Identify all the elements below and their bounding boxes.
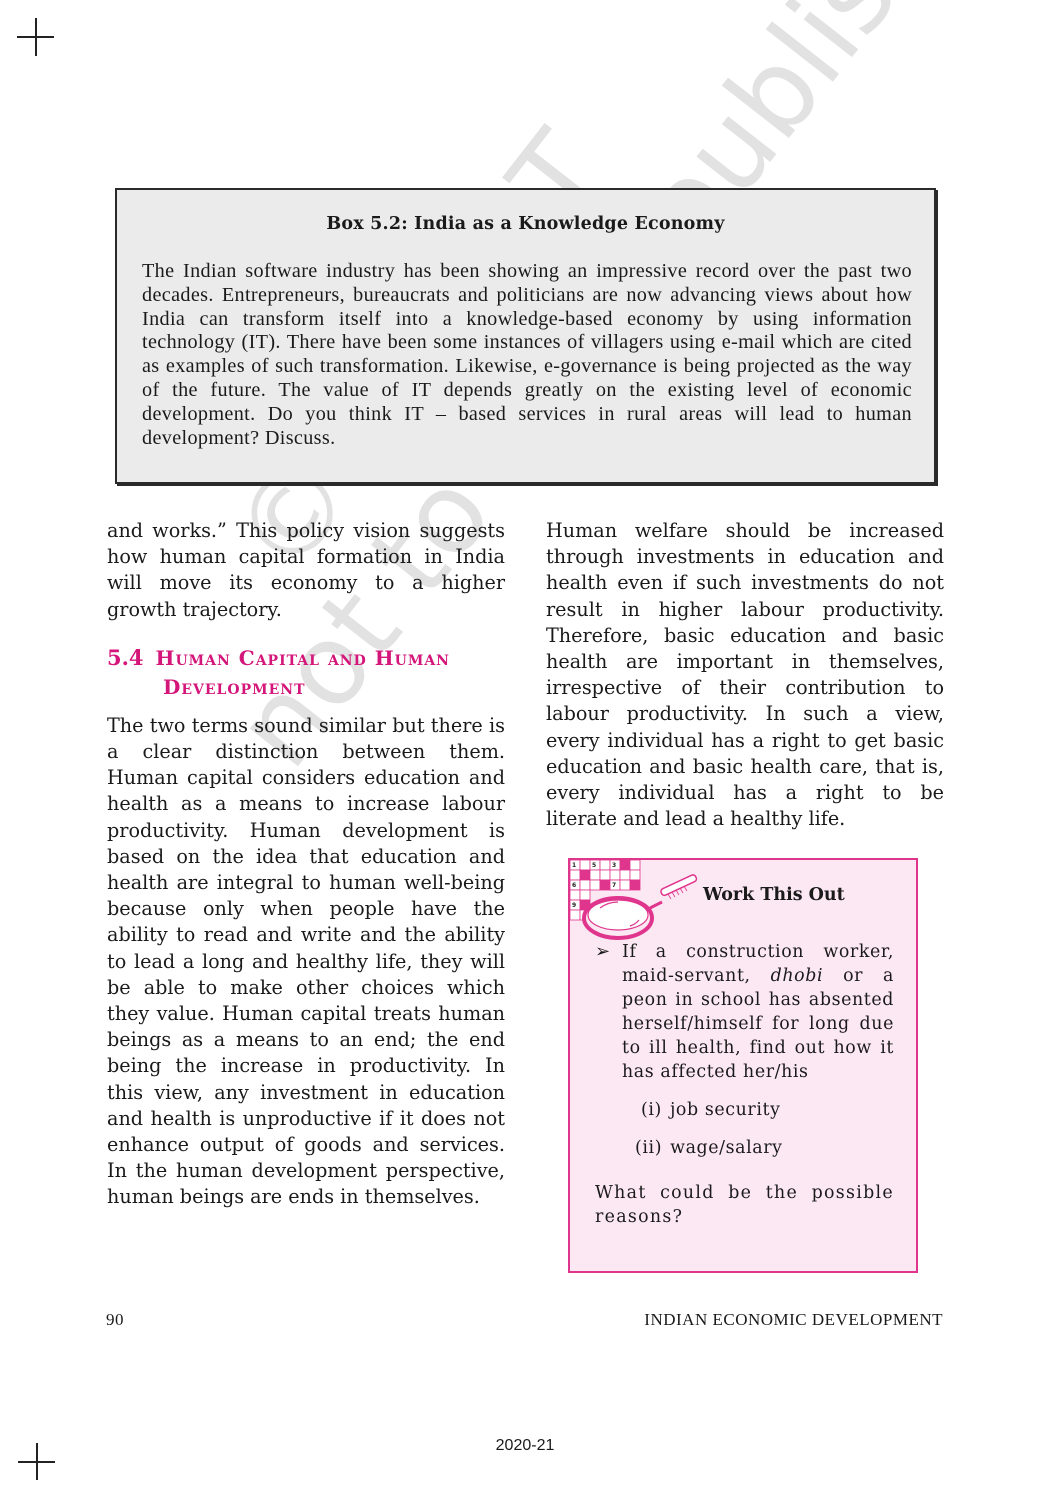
crossword-magnifier-icon: 153 679 [570, 860, 702, 950]
item-text: job security [670, 1100, 781, 1120]
item-label: (i) [641, 1100, 662, 1120]
edition-year: 2020-21 [0, 1437, 1050, 1455]
svg-text:3: 3 [612, 862, 616, 869]
page-footer: 90 INDIAN ECONOMIC DEVELOPMENT [106, 1310, 943, 1330]
left-column: and works.” This policy vision suggests … [107, 518, 505, 1211]
section-title-line-1: Human Capital and Human [156, 646, 450, 670]
svg-text:6: 6 [572, 882, 576, 889]
item-label: (ii) [635, 1138, 662, 1158]
work-this-out-body: ➢ If a construction worker, maid-servant… [595, 940, 894, 1229]
section-title-line-2: Development [107, 674, 505, 701]
crop-mark-top-horizontal [17, 36, 54, 38]
question: ➢ If a construction worker, maid-servant… [595, 940, 894, 1084]
box-body: The Indian software industry has been sh… [142, 260, 912, 450]
question-item: (i)job security [595, 1098, 894, 1122]
question-items: (i)job security (ii)wage/salary [595, 1098, 894, 1160]
body-paragraph: The two terms sound similar but there is… [107, 713, 505, 1211]
closing-question: What could be the possible reasons? [595, 1181, 894, 1229]
svg-text:9: 9 [572, 902, 576, 909]
question-item: (ii)wage/salary [595, 1136, 894, 1160]
knowledge-economy-box: Box 5.2: India as a Knowledge Economy Th… [115, 188, 936, 484]
svg-text:5: 5 [592, 862, 596, 869]
work-this-out-box: 153 679 Work This Out ➢ If a constructio… [568, 858, 918, 1273]
arrow-bullet-icon: ➢ [595, 940, 611, 964]
right-column: Human welfare should be increased throug… [546, 518, 944, 832]
svg-text:1: 1 [572, 862, 576, 869]
section-heading: 5.4Human Capital and Human Development [107, 644, 505, 701]
intro-paragraph: and works.” This policy vision suggests … [107, 518, 505, 623]
book-title: INDIAN ECONOMIC DEVELOPMENT [644, 1310, 943, 1330]
right-paragraph: Human welfare should be increased throug… [546, 518, 944, 832]
svg-text:7: 7 [612, 882, 616, 889]
item-text: wage/salary [670, 1138, 783, 1158]
box-title: Box 5.2: India as a Knowledge Economy [117, 214, 934, 234]
page-number: 90 [106, 1310, 124, 1330]
work-this-out-title: Work This Out [703, 885, 845, 905]
section-number: 5.4 [107, 645, 144, 670]
question-text-italic: dhobi [771, 966, 824, 986]
crop-mark-bottom-horizontal [18, 1461, 55, 1463]
